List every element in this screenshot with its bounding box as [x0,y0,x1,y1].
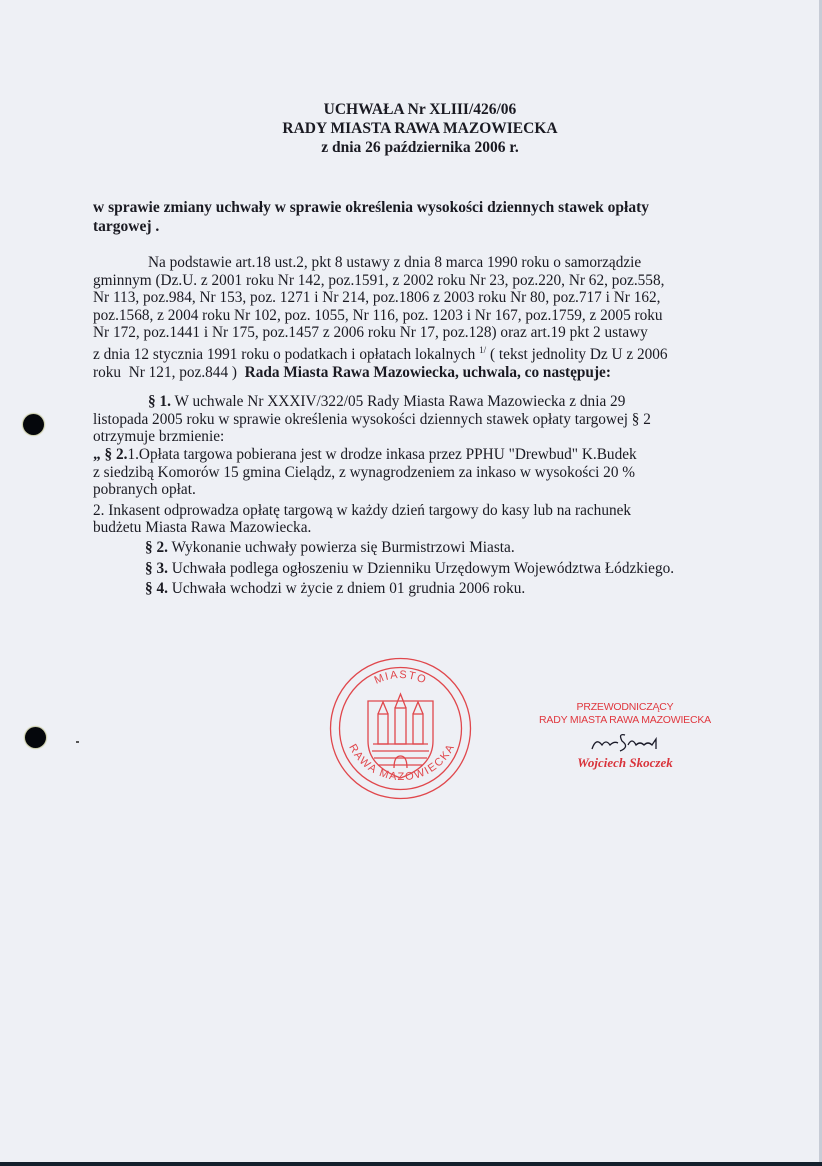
chairman-signature-block: PRZEWODNICZĄCY RADY MIASTA RAWA MAZOWIEC… [525,701,725,771]
punch-hole-icon [25,727,46,748]
section-marker: § 2. [145,539,168,556]
signatory-name: Wojciech Skoczek [525,755,725,771]
preamble-line: gminnym (Dz.U. z 2001 roku Nr 142, poz.1… [93,272,729,290]
quoted-line: pobranych opłat. [93,481,729,499]
subject-line: w sprawie zmiany uchwały w sprawie okreś… [93,198,733,217]
resolution-header: UCHWAŁA Nr XLIII/426/06 RADY MIASTA RAWA… [200,100,640,157]
punch-hole-icon [23,414,44,435]
text: 1.Opłata targowa pobierana jest w drodze… [127,446,636,463]
section-marker: § 1. [148,393,171,410]
text: Wykonanie uchwały powierza się Burmistrz… [168,539,515,556]
preamble: Na podstawie art.18 ust.2, pkt 8 ustawy … [93,254,729,381]
section-marker: § 3. [145,560,168,577]
preamble-line: Na podstawie art.18 ust.2, pkt 8 ustawy … [93,254,729,272]
svg-text:MIASTO: MIASTO [373,669,429,687]
resolution-date: z dnia 26 października 2006 r. [200,138,640,157]
section-marker: § 2. [104,446,127,463]
section-4: § 4. Uchwała wchodzi w życie z dniem 01 … [93,580,729,598]
scan-speck [76,741,79,743]
quoted-line: 2. Inkasent odprowadza opłatę targową w … [93,502,729,520]
text: Uchwała podlega ogłoszeniu w Dzienniku U… [168,560,674,577]
quote-mark: „ [93,446,104,463]
text: z dnia 12 stycznia 1991 roku o podatkach… [93,346,479,363]
coat-of-arms-icon: MIASTO RAWA MAZOWIECKA [328,656,473,801]
section-line: otrzymuje brzmienie: [93,428,729,446]
preamble-line: z dnia 12 stycznia 1991 roku o podatkach… [93,342,729,364]
council-name: RADY MIASTA RAWA MAZOWIECKA [200,119,640,138]
signature-title: RADY MIASTA RAWA MAZOWIECKA [525,714,725,727]
handwritten-signature-icon [525,727,725,755]
text: W uchwale Nr XXXIV/322/05 Rady Miasta Ra… [171,393,625,410]
text: : [606,364,611,381]
preamble-line: Nr 113, poz.984, Nr 153, poz. 1271 i Nr … [93,289,729,307]
preamble-line: roku Nr 121, poz.844 ) Rada Miasta Rawa … [93,364,729,382]
resolution-number: UCHWAŁA Nr XLIII/426/06 [200,100,640,119]
final-sections: § 2. Wykonanie uchwały powierza się Burm… [93,539,729,598]
section-line: listopada 2005 roku w sprawie określenia… [93,411,729,429]
text: roku Nr 121, poz.844 ) [93,364,245,381]
quoted-line: z siedzibą Komorów 15 gmina Cielądz, z w… [93,464,729,482]
preamble-line: poz.1568, z 2004 roku Nr 102, poz. 1055,… [93,307,729,325]
scanner-bottom-edge [0,1162,822,1166]
text: ( tekst jednolity Dz U z 2006 [486,346,667,363]
section-1: § 1. W uchwale Nr XXXIV/322/05 Rady Mias… [93,393,729,446]
preamble-line: Nr 172, poz.1441 i Nr 175, poz.1457 z 20… [93,324,729,342]
section-marker: § 4. [145,580,168,597]
section-2: § 2. Wykonanie uchwały powierza się Burm… [93,539,729,557]
quoted-section-2: „ § 2.1.Opłata targowa pobierana jest w … [93,446,729,537]
text: Uchwała wchodzi w życie z dniem 01 grudn… [168,580,525,597]
quoted-line: budżetu Miasta Rawa Mazowiecka. [93,519,729,537]
subject-line: targowej . [93,217,733,236]
stamp-top-text: MIASTO [373,669,429,687]
resolution-body: Na podstawie art.18 ust.2, pkt 8 ustawy … [93,254,729,598]
enacting-clause: Rada Miasta Rawa Mazowiecka, uchwala, co… [245,364,606,381]
signature-title: PRZEWODNICZĄCY [525,701,725,714]
city-seal-stamp: MIASTO RAWA MAZOWIECKA [328,656,473,801]
section-3: § 3. Uchwała podlega ogłoszeniu w Dzienn… [93,560,729,578]
resolution-subject: w sprawie zmiany uchwały w sprawie okreś… [93,198,733,236]
